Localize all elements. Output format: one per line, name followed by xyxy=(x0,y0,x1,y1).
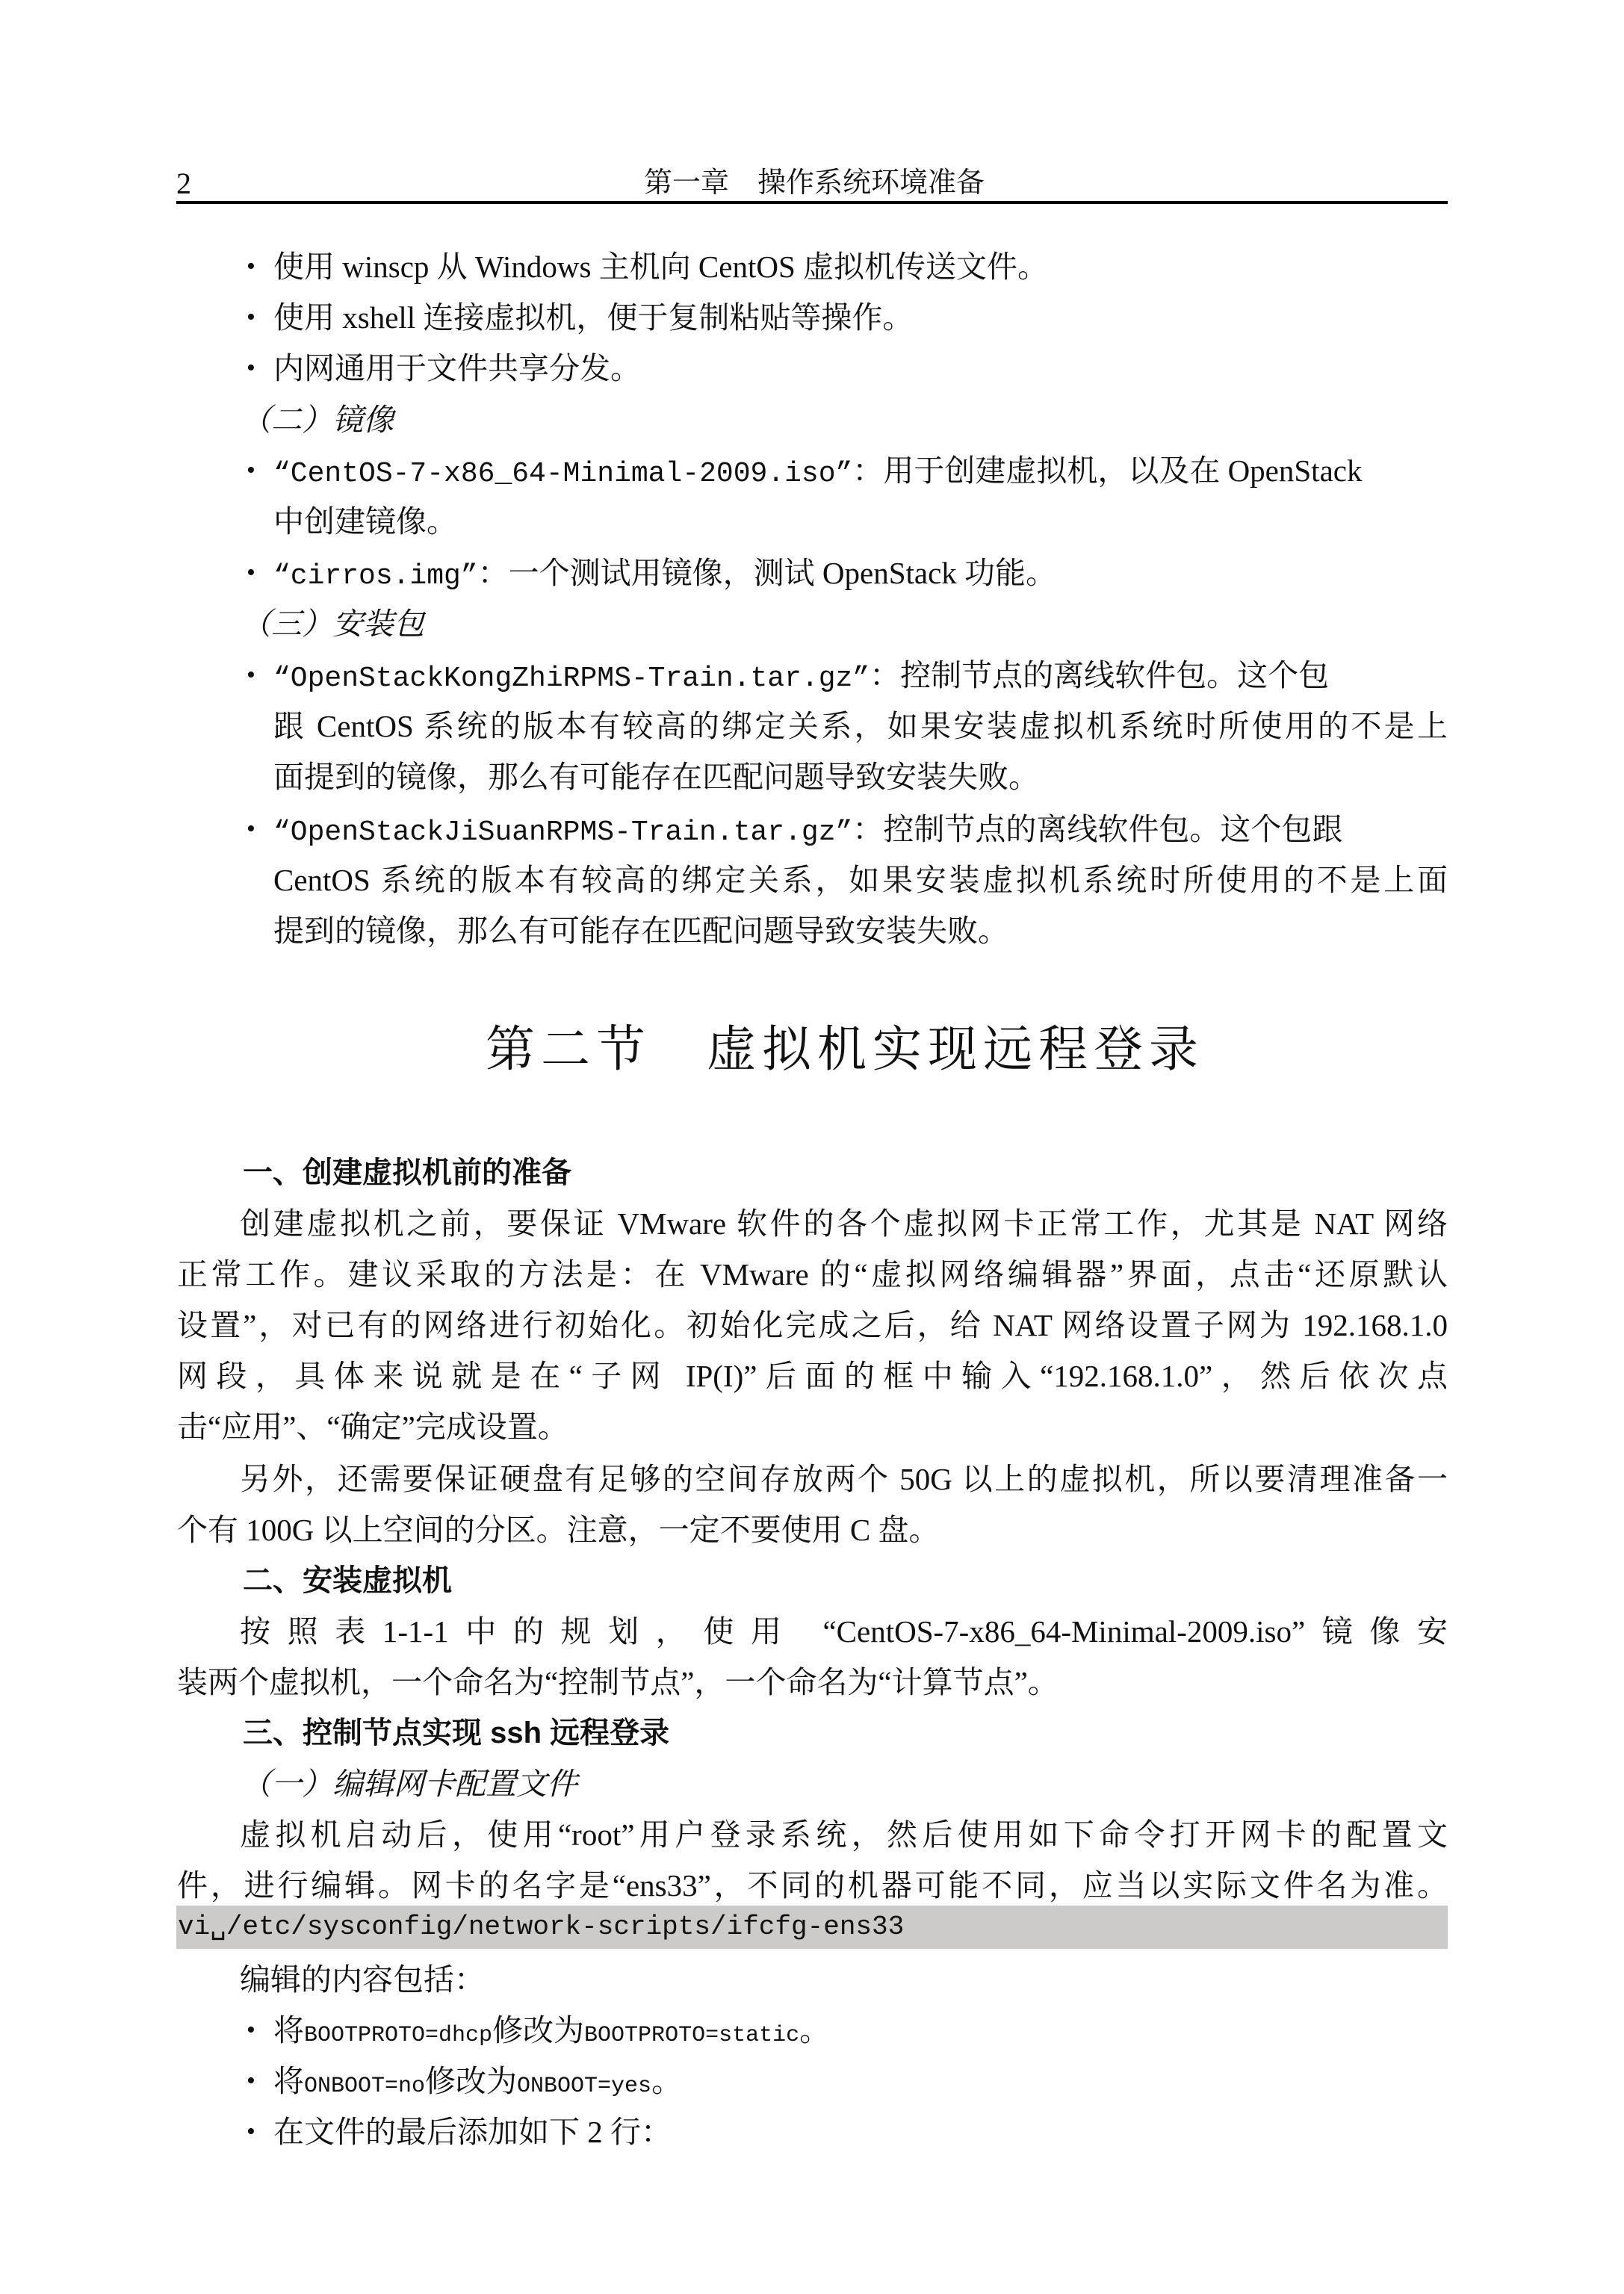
paragraph-line: 装两个虚拟机，一个命名为“控制节点”，一个命名为“计算节点”。 xyxy=(177,1657,1059,1708)
bullet-icon: • xyxy=(247,2107,255,2157)
list-item-continuation: 提到的镜像，那么有可能存在匹配问题导致安装失败。 xyxy=(273,905,1008,956)
paragraph-line: 个有 100G 以上空间的分区。注意，一定不要使用 C 盘。 xyxy=(177,1504,939,1555)
paragraph-line: 正常工作。建议采取的方法是：在 VMware 的“虚拟网络编辑器”界面，点击“还… xyxy=(177,1249,1448,1300)
running-title: 第一章 操作系统环境准备 xyxy=(644,164,985,202)
list-item: • 将ONBOOT=no修改为ONBOOT=yes。 xyxy=(273,2056,682,2107)
command-text: vi␣/etc/sysconfig/network-scripts/ifcfg-… xyxy=(178,1910,904,1944)
subsection-heading-packages: （三）安装包 xyxy=(241,598,424,649)
list-item: • 使用 xshell 连接虚拟机，便于复制粘贴等操作。 xyxy=(273,292,913,343)
bullet-icon: • xyxy=(247,804,255,855)
list-item: • 使用 winscp 从 Windows 主机向 CentOS 虚拟机传送文件… xyxy=(273,241,1048,292)
filename-code: “cirros.img” xyxy=(273,560,478,592)
list-item-continuation: CentOS 系统的版本有较高的绑定关系，如果安装虚拟机系统时所使用的不是上面 xyxy=(273,855,1448,905)
subsection-heading-images: （二）镜像 xyxy=(241,394,394,445)
config-code: BOOTPROTO=static xyxy=(584,2023,799,2048)
bullet-icon: • xyxy=(247,2005,255,2056)
bullet-icon: • xyxy=(247,445,255,496)
list-item: • 在文件的最后添加如下 2 行： xyxy=(273,2107,672,2157)
bullet-icon: • xyxy=(247,548,255,598)
bullet-icon: • xyxy=(247,241,255,292)
list-item: • 内网通用于文件共享分发。 xyxy=(273,343,641,394)
filename-code: “OpenStackJiSuanRPMS-Train.tar.gz” xyxy=(273,816,852,849)
list-item: • “OpenStackJiSuanRPMS-Train.tar.gz”：控制节… xyxy=(273,804,1342,855)
bullet-icon: • xyxy=(247,343,255,394)
filename-code: “CentOS-7-x86_64-Minimal-2009.iso” xyxy=(273,458,852,490)
list-item: • “cirros.img”：一个测试用镜像，测试 OpenStack 功能。 xyxy=(273,548,1056,598)
command-code-block: vi␣/etc/sysconfig/network-scripts/ifcfg-… xyxy=(176,1906,1448,1949)
bullet-icon: • xyxy=(247,2056,255,2107)
config-code: ONBOOT=no xyxy=(304,2074,425,2099)
heading-part3: 三、控制节点实现 ssh 远程登录 xyxy=(243,1708,669,1758)
paragraph-line: 击“应用”、“确定”完成设置。 xyxy=(177,1401,568,1452)
list-item-continuation: 跟 CentOS 系统的版本有较高的绑定关系，如果安装虚拟机系统时所使用的不是上 xyxy=(273,701,1448,751)
section-title: 第二节 虚拟机实现远程登录 xyxy=(486,1017,1204,1082)
paragraph-line: 编辑的内容包括： xyxy=(240,1954,485,2005)
filename-code: “OpenStackKongZhiRPMS-Train.tar.gz” xyxy=(273,663,870,695)
bullet-icon: • xyxy=(247,292,255,343)
paragraph-line: 虚拟机启动后，使用“root”用户登录系统，然后使用如下命令打开网卡的配置文 xyxy=(240,1809,1448,1860)
heading-part1: 一、创建虚拟机前的准备 xyxy=(243,1147,571,1198)
list-item: • 将BOOTPROTO=dhcp修改为BOOTPROTO=static。 xyxy=(273,2005,830,2056)
heading-part2: 二、安装虚拟机 xyxy=(243,1555,452,1606)
config-code: BOOTPROTO=dhcp xyxy=(304,2023,492,2048)
paragraph-line: 件，进行编辑。网卡的名字是“ens33”，不同的机器可能不同，应当以实际文件名为… xyxy=(177,1860,1448,1911)
config-code: ONBOOT=yes xyxy=(517,2074,651,2099)
list-item-continuation: 中创建镜像。 xyxy=(273,496,457,547)
paragraph-line: 另外，还需要保证硬盘有足够的空间存放两个 50G 以上的虚拟机，所以要清理准备一 xyxy=(240,1454,1448,1504)
paragraph-line: 设置”，对已有的网络进行初始化。初始化完成之后，给 NAT 网络设置子网为 19… xyxy=(177,1300,1448,1351)
header-rule xyxy=(176,201,1448,204)
list-item-continuation: 面提到的镜像，那么有可能存在匹配问题导致安装失败。 xyxy=(273,751,1039,802)
paragraph-line: 网段，具体来说就是在“子网 IP(I)”后面的框中输入“192.168.1.0”… xyxy=(177,1351,1448,1401)
list-item: • “OpenStackKongZhiRPMS-Train.tar.gz”：控制… xyxy=(273,650,1329,701)
bullet-icon: • xyxy=(247,650,255,701)
paragraph-line: 创建虚拟机之前，要保证 VMware 软件的各个虚拟网卡正常工作，尤其是 NAT… xyxy=(240,1198,1448,1249)
list-item: • “CentOS-7-x86_64-Minimal-2009.iso”：用于创… xyxy=(273,445,1362,496)
subsection-heading-edit-nic: （一）编辑网卡配置文件 xyxy=(241,1758,577,1809)
page-number: 2 xyxy=(176,166,191,202)
paragraph-line: 按照表1-1-1中的规划，使用 “CentOS-7-x86_64-Minimal… xyxy=(240,1606,1448,1657)
